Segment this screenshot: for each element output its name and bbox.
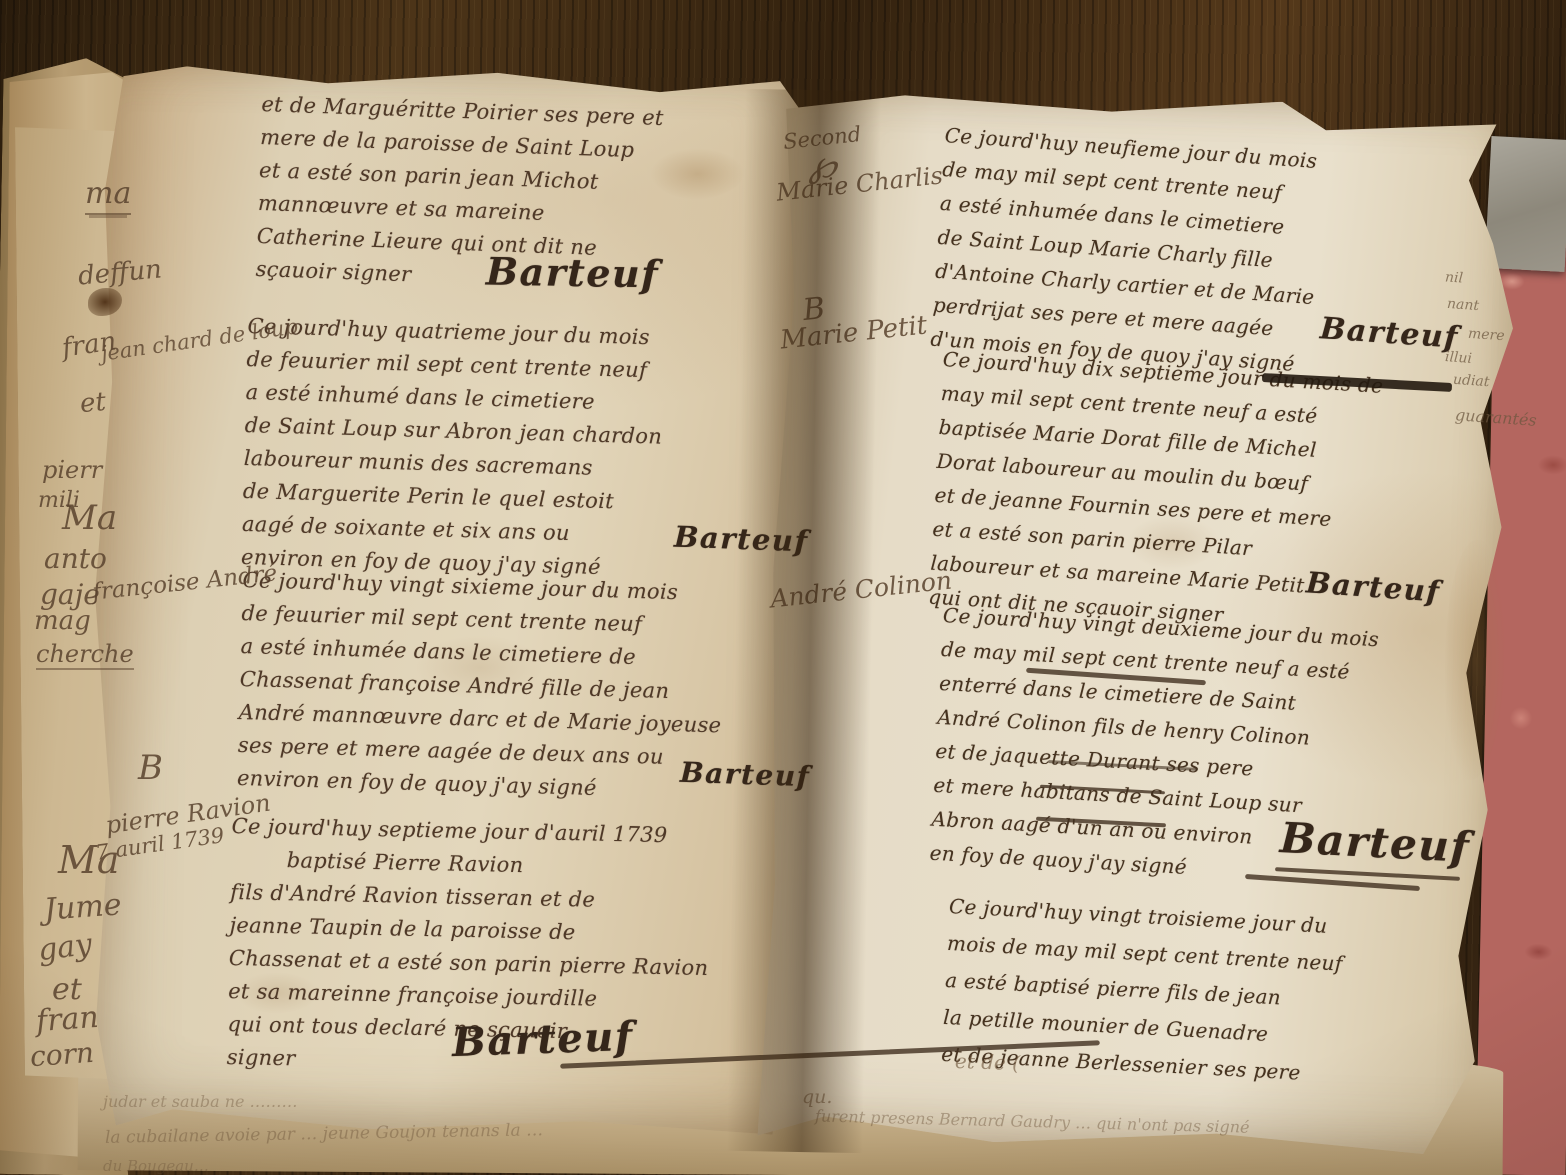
register-entry-left-3: Ce jourd'huy vingt sixieme jour du moisd… (237, 564, 726, 808)
margin-note-ma-2: Ma (58, 838, 120, 882)
margin-note-anto: anto (44, 542, 107, 575)
signature-barteuf: Barteuf (679, 756, 810, 794)
margin-note-mag: mag (34, 606, 91, 636)
signature-barteuf: Barteuf (1279, 813, 1471, 872)
bottom-fragment: et de ( (955, 1049, 1021, 1075)
margin-note-ma-large: Ma (62, 498, 117, 538)
register-entry-right-1: Ce jourd'huy neufieme jour du moisde may… (929, 118, 1325, 382)
edge-fragment: nant (1446, 296, 1479, 314)
metal-clasp (1485, 136, 1566, 272)
photo-of-parish-register: et de Marguéritte Poirier ses pere etmer… (0, 0, 1566, 1175)
margin-note-corn: corn (29, 1036, 95, 1073)
bottom-fragment: judar et sauba ne ……… (103, 1092, 298, 1111)
signature-barteuf: Barteuf (451, 1013, 634, 1066)
register-entry-left-2: Ce jourd'huy quatrieme jour du moisde fe… (241, 310, 666, 586)
edge-fragment: nil (1444, 269, 1463, 286)
signature-barteuf: Barteuf (486, 248, 660, 296)
margin-note-pierr: pierr (42, 456, 102, 484)
bottom-fragment: qu. (802, 1086, 832, 1108)
edge-fragment: illui (1444, 349, 1472, 367)
edge-fragment: udiat (1452, 372, 1489, 391)
edge-fragment: mere (1467, 326, 1505, 345)
margin-note-ma: ma (85, 176, 131, 215)
signature-barteuf: Barteuf (673, 520, 809, 559)
margin-note-jume: Jume (43, 887, 123, 927)
margin-note-cherche: cherche (36, 640, 134, 670)
margin-note-fran-2: fran (35, 1000, 100, 1039)
margin-note-b-baptism-mark: B (138, 748, 163, 788)
margin-note-et: et (79, 387, 107, 419)
bottom-fragment: du Bougeau… (103, 1157, 209, 1175)
margin-note-gay: gay (36, 927, 94, 968)
